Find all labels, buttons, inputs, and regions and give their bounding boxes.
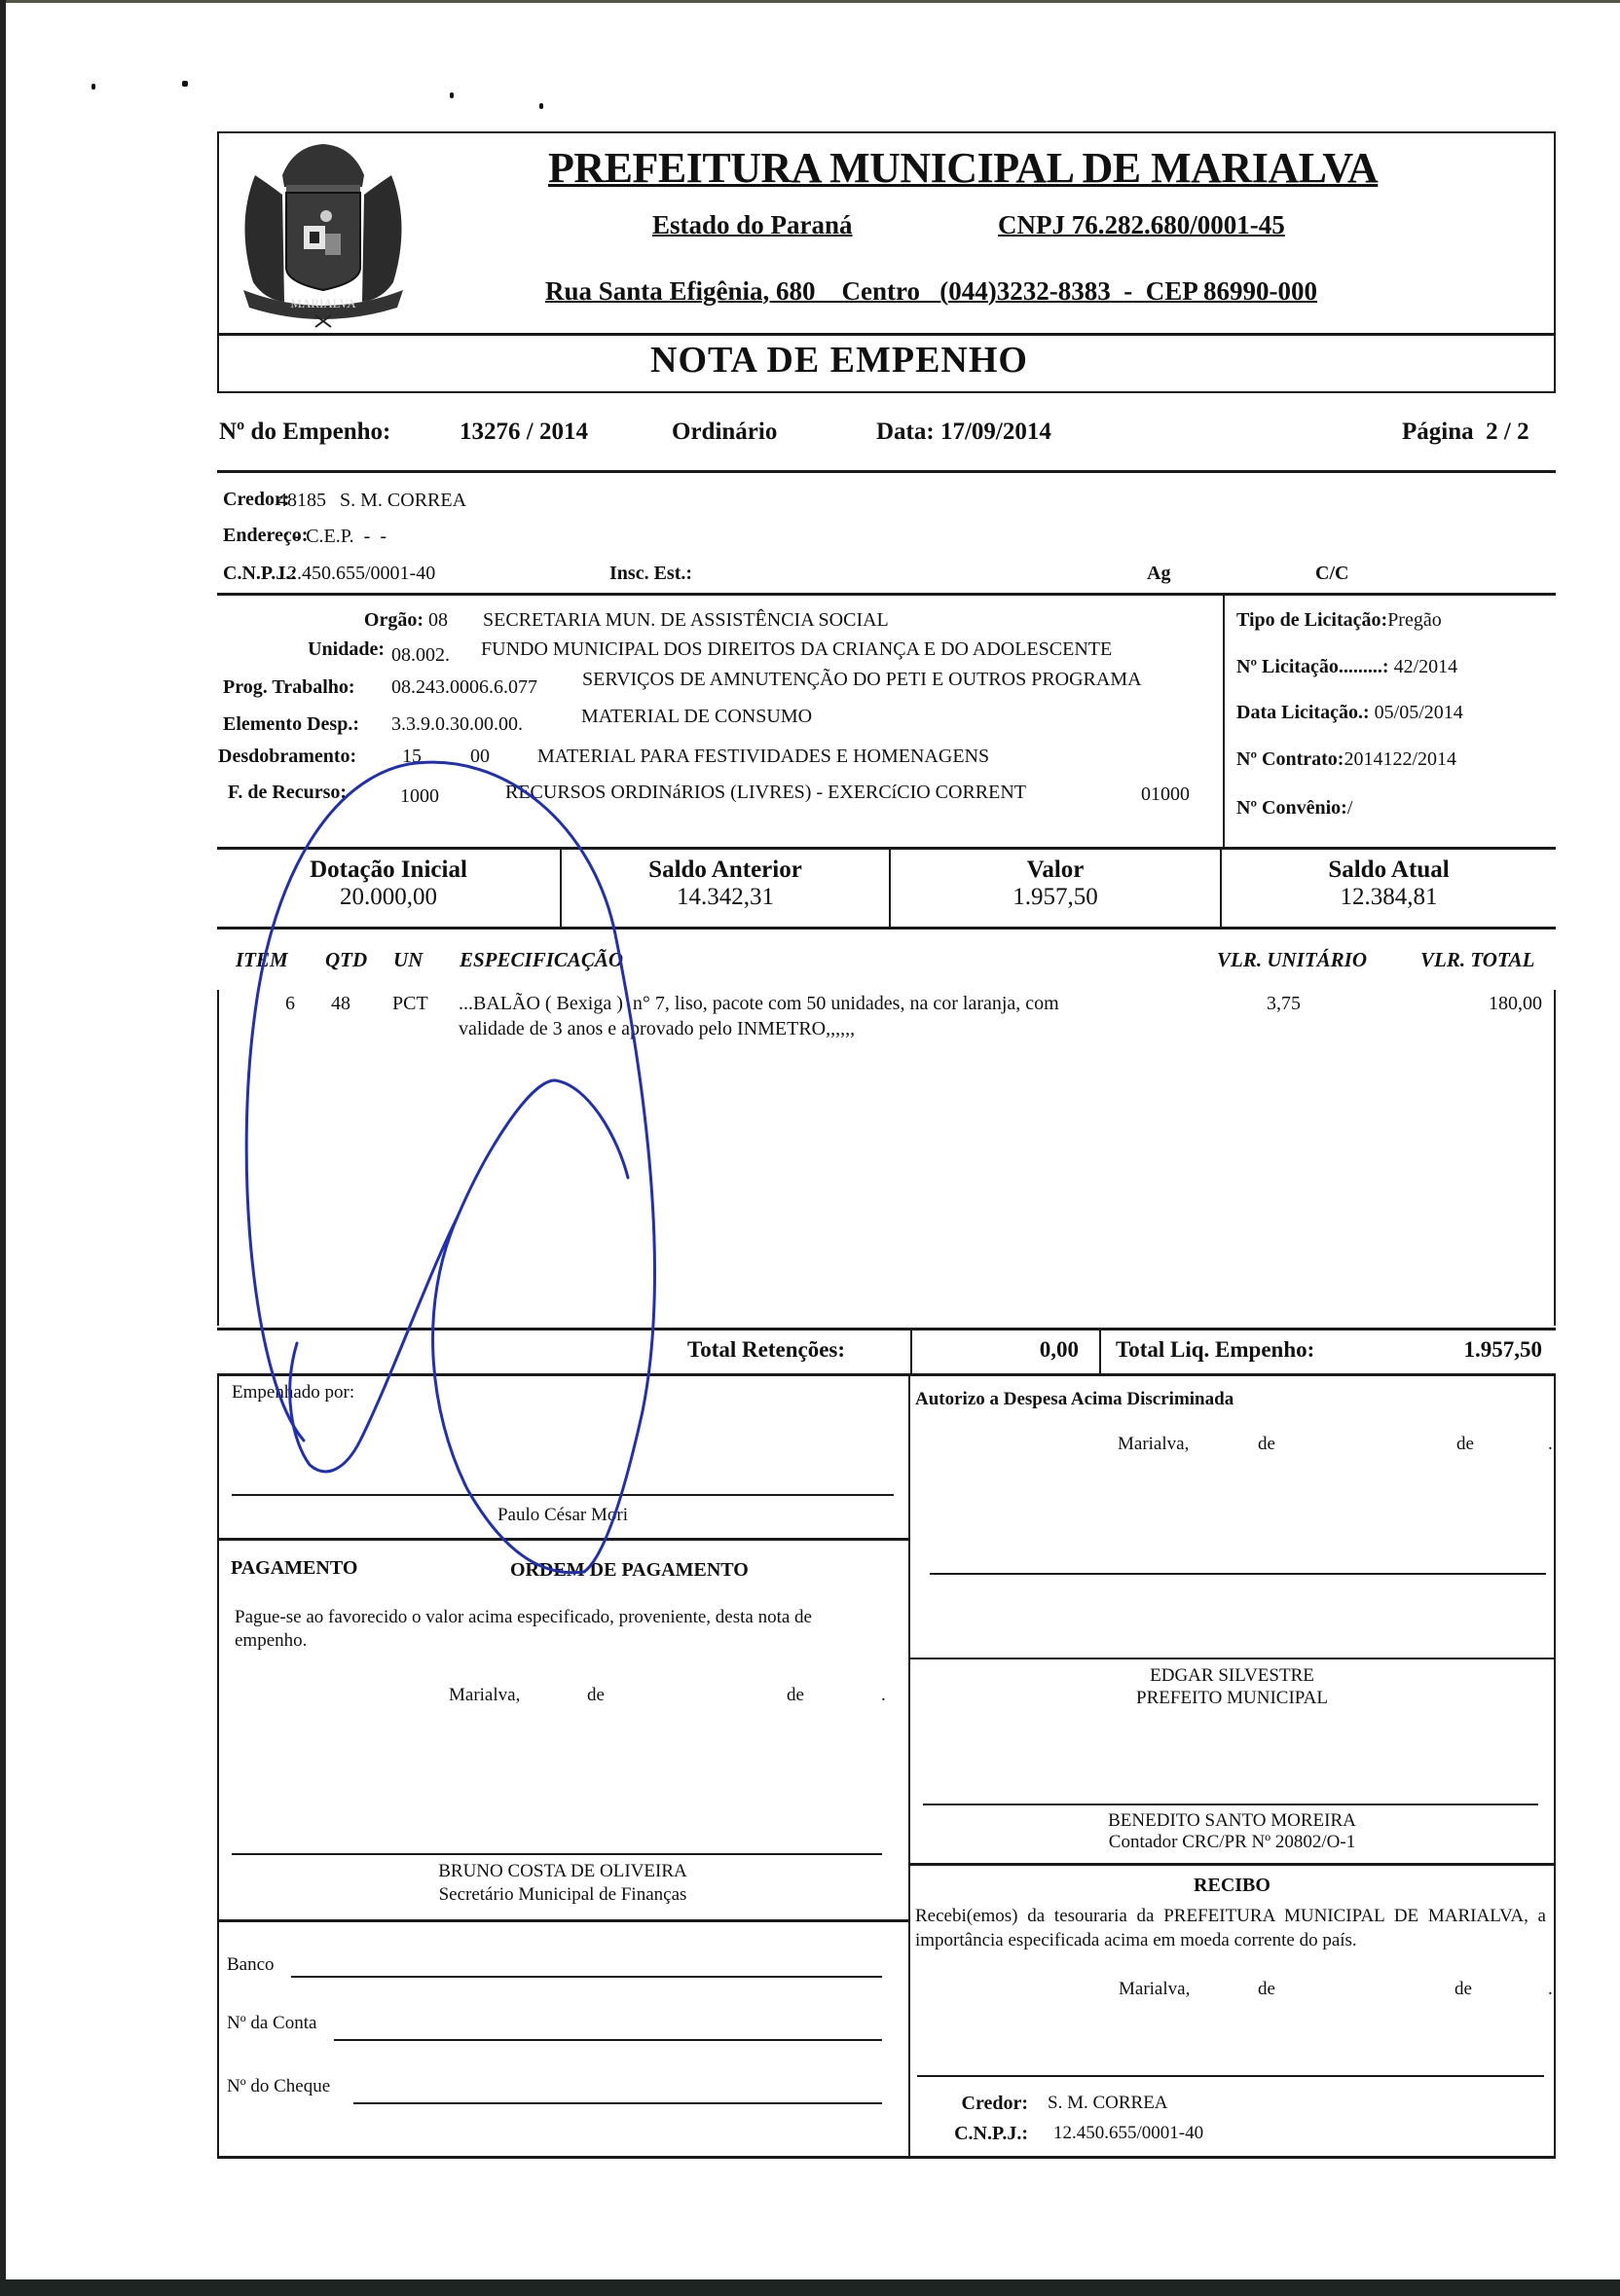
prefeito-block: EDGAR SILVESTRE PREFEITO MUNICIPAL [910,1664,1554,1709]
empenhado-name: Paulo César Mori [217,1505,908,1526]
contrato-label: Nº Contrato: [1236,748,1344,770]
totals-divider [1099,1328,1101,1376]
scan-edge-bottom [0,2279,1620,2296]
scan-speck [92,84,95,90]
col-header-total-value: VLR. TOTAL [1420,948,1534,972]
autorizo-day-de: de [1258,1434,1275,1455]
municipality-cnpj: CNPJ 76.282.680/0001-45 [998,210,1285,240]
svg-text:MARIALVA: MARIALVA [290,296,356,310]
empenhado-signature-line [232,1494,894,1496]
licitacao-numero-value: 42/2014 [1394,656,1458,677]
date-label: Data: [876,419,935,445]
empenho-divider [217,470,1556,473]
lower-left-border [217,1373,219,2158]
phone: (044)3232-8383 [939,276,1110,306]
contador-title: Contador CRC/PR Nº 20802/O-1 [910,1832,1554,1853]
balances-bottom-border [217,927,1556,929]
licitacao-data-value: 05/05/2014 [1375,702,1463,723]
page-value: 2 / 2 [1486,419,1528,445]
lower-center-divider [908,1373,910,2158]
payment-date-dot: . [881,1685,886,1706]
convenio-value: / [1347,797,1353,819]
balance-label: Saldo Anterior [562,856,889,884]
empenhado-label: Empenhado por: [232,1382,354,1403]
banco-label: Banco [227,1954,275,1976]
insc-est-label: Insc. Est.: [609,563,692,585]
elemento-desp-label: Elemento Desp.: [223,713,359,736]
municipality-title: PREFEITURA MUNICIPAL DE MARIALVA [548,143,1378,193]
convenio-label: Nº Convênio: [1236,797,1347,819]
empenho-date: Data: 17/09/2014 [876,419,1051,446]
retencoes-value: 0,00 [974,1337,1079,1363]
desdobramento-desc: MATERIAL PARA FESTIVIDADES E HOMENAGENS [537,746,989,768]
endereco-value: : - C.E.P. - - [284,526,387,548]
elemento-desp-desc: MATERIAL DE CONSUMO [581,706,812,728]
licitacao-numero-label: Nº Licitação.........: [1236,656,1389,677]
recibo-city: Marialva, [1119,1979,1190,2000]
recibo-date-dot: . [1548,1979,1553,2000]
payment-month-de: de [787,1685,804,1706]
conta-field[interactable] [334,2039,882,2041]
secretario-signature-line [232,1853,882,1855]
recibo-cnpj-label: C.N.P.J.: [915,2123,1028,2145]
liquido-value: 1.957,50 [1421,1337,1542,1363]
row-spec-line-2: validade de 3 anos e aprovado pelo INMET… [459,1018,855,1040]
totals-top-border [217,1328,1556,1330]
row-unit-value: 3,75 [1267,993,1301,1015]
convenio: Nº Convênio:/ [1236,797,1352,820]
balance-label: Valor [891,856,1220,884]
recibo-title: RECIBO [910,1875,1554,1897]
liquido-label: Total Liq. Empenho: [1116,1337,1314,1363]
empenho-type: Ordinário [672,419,777,446]
col-header-item: ITEM [236,948,288,972]
licitacao-tipo: Tipo de Licitação:Pregão [1236,609,1442,632]
municipality-address: Rua Santa Efigênia, 680 Centro (044)3232… [545,276,1317,307]
prog-trabalho-code: 08.243.0006.6.077 [391,676,537,699]
budget-divider [1223,593,1225,848]
cheque-field[interactable] [353,2102,882,2104]
recurso-code-2: 01000 [1141,784,1190,806]
balance-value: 12.384,81 [1222,884,1556,911]
recibo-signature-line [917,2075,1544,2077]
recibo-credor-label: Credor: [915,2093,1028,2115]
licitacao-tipo-label: Tipo de Licitação: [1236,609,1387,631]
balance-valor: Valor 1.957,50 [891,856,1220,911]
contador-block: BENEDITO SANTO MOREIRA Contador CRC/PR N… [910,1810,1554,1853]
document-title: NOTA DE EMPENHO [0,339,1620,382]
payment-day-de: de [587,1685,605,1706]
desdobramento-code-1: 15 [402,746,422,768]
orgao-code: 08 [428,609,448,632]
contador-signature-line [923,1804,1538,1805]
scan-speck [450,92,454,98]
recurso-desc: RECURSOS ORDINáRIOS (LIVRES) - EXERCíCIO… [505,782,1026,804]
separator: - [1123,276,1132,306]
col-header-qtd: QTD [325,948,367,972]
scan-edge-top [0,0,1620,3]
state-name: Estado do Paraná [652,210,853,240]
recibo-cnpj-value: 12.450.655/0001-40 [1053,2123,1203,2144]
col-header-unit-value: VLR. UNITÁRIO [1217,948,1367,972]
unidade-code: 08.002. [391,644,450,667]
contrato-value: 2014122/2014 [1344,748,1456,770]
elemento-desp-code: 3.3.9.0.30.00.00. [391,713,523,736]
scan-speck [182,81,188,87]
prog-trabalho-desc: SERVIÇOS DE AMNUTENÇÃO DO PETI E OUTROS … [582,669,1142,691]
recurso-label: F. de Recurso: [228,782,347,804]
page-label: Página [1402,419,1474,445]
credor-code: 48185 [277,490,326,512]
orgao-desc: SECRETARIA MUN. DE ASSISTÊNCIA SOCIAL [483,609,889,632]
cheque-label: Nº do Cheque [227,2076,330,2097]
date-value: 17/09/2014 [940,419,1051,445]
balance-saldo-anterior: Saldo Anterior 14.342,31 [562,856,889,911]
secretario-name: BRUNO COSTA DE OLIVEIRA [217,1860,908,1883]
cc-label: C/C [1315,563,1348,585]
pagamento-label: PAGAMENTO [231,1557,357,1580]
lower-bottom-border [217,2156,1556,2159]
header-divider [217,333,1556,336]
recibo-credor-value: S. M. CORREA [1048,2093,1168,2114]
prefeito-signature-line [930,1573,1546,1575]
licitacao-data: Data Licitação.: 05/05/2014 [1236,702,1463,724]
licitacao-numero: Nº Licitação.........: 42/2014 [1236,656,1457,678]
balance-label: Dotação Inicial [217,856,560,884]
row-item: 6 [285,993,295,1015]
creditor-divider [217,593,1556,596]
col-header-spec: ESPECIFICAÇÃO [460,948,623,972]
recibo-top-border [908,1863,1556,1866]
unidade-label: Unidade: [223,638,385,661]
page-indicator: Página 2 / 2 [1402,419,1529,446]
col-header-un: UN [393,948,423,972]
cep: CEP 86990-000 [1146,276,1317,306]
street-address: Rua Santa Efigênia, 680 [545,276,816,306]
totals-bottom-border [217,1373,1556,1376]
totals-divider [910,1328,912,1376]
secretario-title: Secretário Municipal de Finanças [217,1883,908,1907]
district: Centro [842,276,921,306]
unidade-desc: FUNDO MUNICIPAL DOS DIREITOS DA CRIANÇA … [481,638,1112,661]
secretario-block: BRUNO COSTA DE OLIVEIRA Secretário Munic… [217,1860,908,1907]
balance-value: 1.957,50 [891,884,1220,911]
row-qtd: 48 [331,993,350,1015]
licitacao-data-label: Data Licitação.: [1236,702,1370,723]
autorizo-label: Autorizo a Despesa Acima Discriminada [915,1389,1233,1410]
cnpj-value: 12.450.655/0001-40 [277,563,435,585]
contrato: Nº Contrato:2014122/2014 [1236,748,1456,771]
recibo-day-de: de [1258,1979,1275,2000]
balance-value: 20.000,00 [217,884,560,911]
prefeito-section-border [908,1658,1556,1659]
recurso-code: 1000 [400,785,439,808]
balance-saldo-atual: Saldo Atual 12.384,81 [1222,856,1556,911]
empenho-number-label: Nº do Empenho: [219,419,390,446]
row-spec-line-1: ...BALÃO ( Bexiga ) n° 7, liso, pacote c… [459,993,1059,1015]
row-un: PCT [392,993,428,1015]
prefeito-title: PREFEITO MUNICIPAL [910,1687,1554,1709]
ordem-pagamento-title: ORDEM DE PAGAMENTO [510,1559,749,1582]
desdobramento-code-2: 00 [470,746,490,768]
lower-right-border [1554,1373,1556,2158]
empenho-number: 13276 / 2014 [460,419,588,446]
bank-section-top-border [217,1919,908,1922]
recibo-month-de: de [1454,1979,1472,2000]
recibo-text: Recebi(emos) da tesouraria da PREFEITURA… [915,1904,1546,1952]
municipal-coat-of-arms-icon: MARIALVA [226,136,421,329]
retencoes-label: Total Retenções: [687,1337,845,1363]
banco-field[interactable] [291,1976,882,1978]
row-total-value: 180,00 [1424,993,1542,1015]
balance-value: 14.342,31 [562,884,889,911]
ag-label: Ag [1147,563,1170,585]
autorizo-month-de: de [1456,1434,1474,1455]
conta-label: Nº da Conta [227,2013,316,2034]
contador-name: BENEDITO SANTO MOREIRA [910,1810,1554,1832]
balance-label: Saldo Atual [1222,856,1556,884]
payment-city: Marialva, [449,1685,520,1706]
autorizo-date-dot: . [1548,1434,1553,1455]
scan-speck [539,103,543,109]
balance-dotacao-inicial: Dotação Inicial 20.000,00 [217,856,560,911]
prefeito-name: EDGAR SILVESTRE [910,1664,1554,1687]
licitacao-tipo-value: Pregão [1387,609,1442,631]
autorizo-city: Marialva, [1118,1434,1189,1455]
balances-top-border [217,847,1556,850]
table-row: 6 48 PCT ...BALÃO ( Bexiga ) n° 7, liso,… [217,993,1556,1051]
payment-top-border [217,1538,908,1541]
prog-trabalho-label: Prog. Trabalho: [223,676,355,699]
desdobramento-label: Desdobramento: [218,746,356,768]
ordem-pagamento-text: Pague-se ao favorecido o valor acima esp… [235,1606,877,1653]
credor-name: S. M. CORREA [340,490,466,512]
orgao-label: Orgão: [223,609,423,632]
